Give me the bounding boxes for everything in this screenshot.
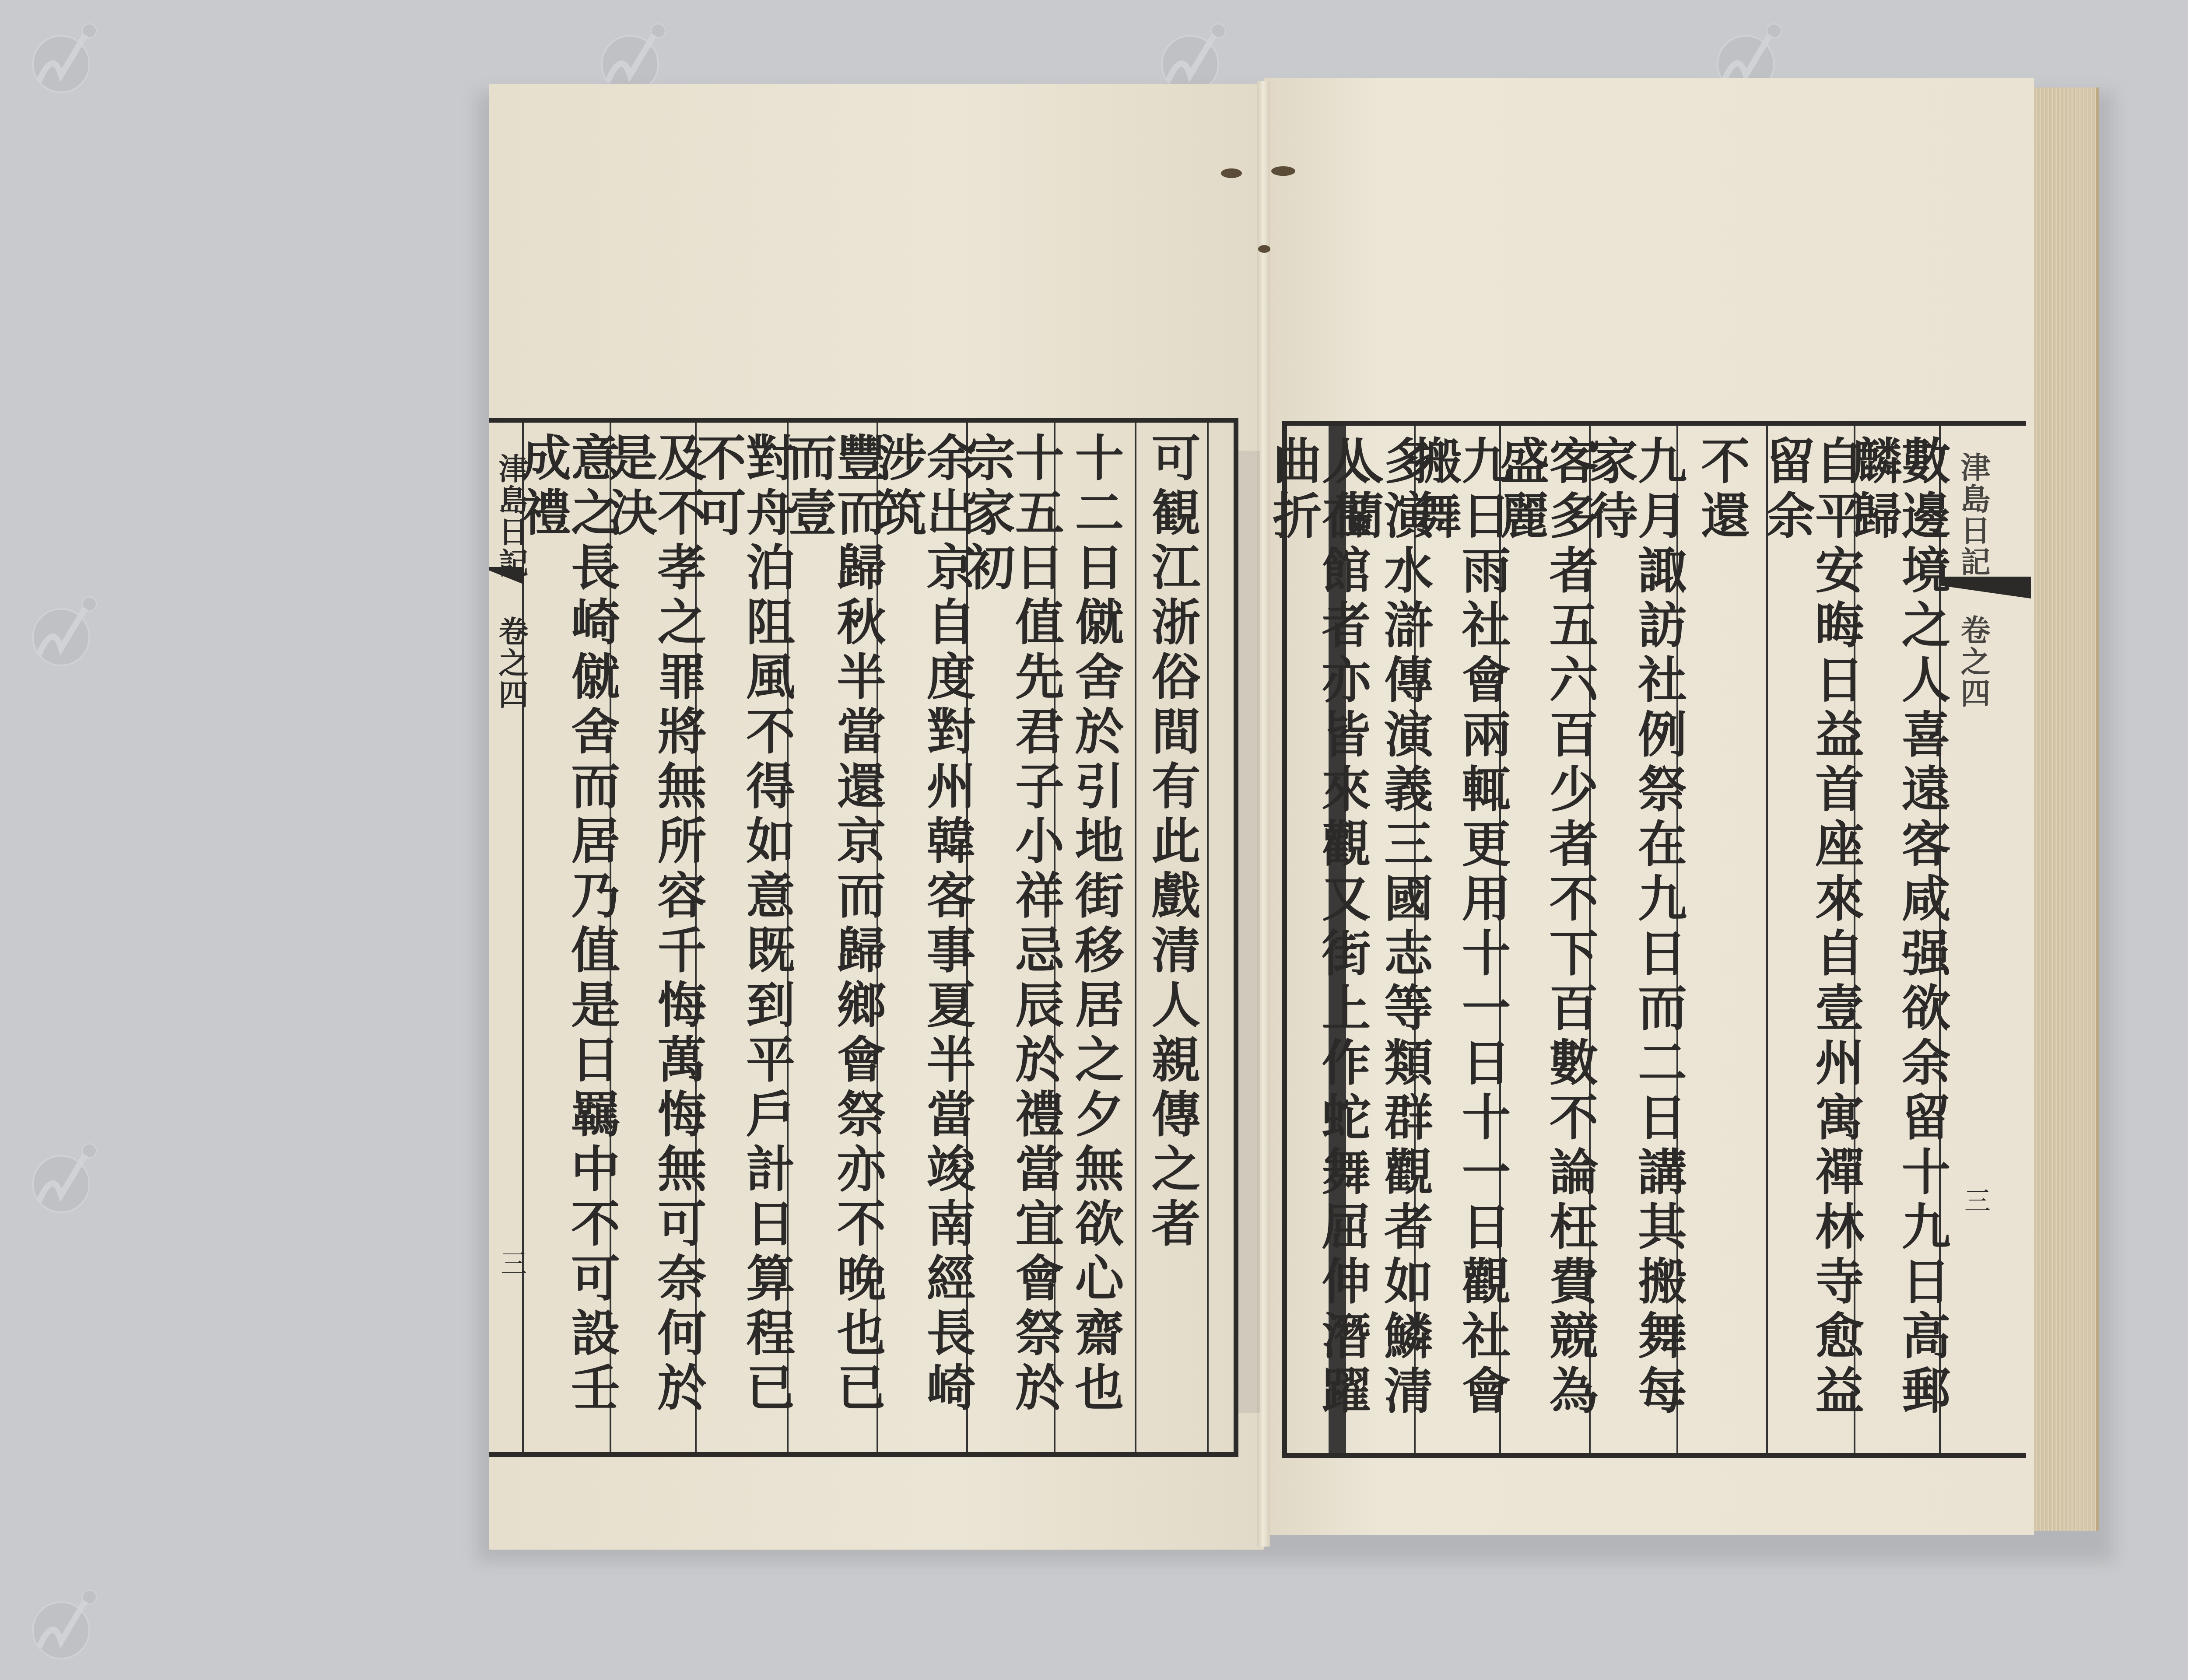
column-rule [1207,423,1209,1452]
text-column: 余出京自度對州韓客事夏半當竣南經長崎涉筑 [879,432,966,1442]
binding-hole [1221,168,1242,178]
text-column: 數邊境之人喜遠客咸强欲余留十九日高郵麟歸 [1856,435,1939,1443]
column-rule [1135,423,1136,1452]
text-column: 自平安晦日益首座來自壹州寓禪林寺愈益留余 [1768,435,1854,1443]
text-column: 意之長崎僦舍而居乃值是日羈中不可設壬成禮 [524,432,610,1442]
watermark-logo-icon [9,9,109,109]
text-column: 客多者五六百少者不下百數不論枉費競為盛麗 [1501,435,1589,1443]
binding-hole [1258,245,1270,253]
text-column: 及不孝之罪將無所容千悔萬悔無可奈何於是決 [612,432,695,1442]
watermark-logo-icon [9,582,109,682]
text-column: 十二日僦舍於引地街移居之夕無欲心齋也 [1056,432,1135,1442]
binding-hole [1271,166,1295,176]
text-column: 人在館者亦皆來觀又街上作蛇舞屈伸潛躍曲折 [1285,435,1350,1443]
text-column: 可観江浙俗間有此戲清人親傳之者 [1137,432,1207,1442]
edge-title: 津島日記 卷之四 [1952,452,1995,709]
text-column: 十五日值先君子小祥忌辰於禮當宜會祭於宗家初 [968,432,1054,1442]
right-text-frame: 津島日記 卷之四 三 數邊境之人喜遠客咸强欲余留十九日高郵麟歸 自平安晦日益首座… [1282,421,2026,1458]
text-column: 豐而歸秋半當還京而歸鄉會祭亦不晚也已而壹 [789,432,877,1442]
text-column: 不還 [1679,435,1764,1443]
text-column: 九月諏訪社例祭在九日而二日講其搬舞每家待 [1591,435,1676,1443]
watermark-logo-icon [9,1129,109,1229]
text-column: 對舟泊阻風不得如意既到平戶計日算程已不可 [697,432,787,1442]
page-number: 三 [1957,1187,1994,1213]
left-text-frame: 津島日記 卷之四 三 可観江浙俗間有此戲清人親傳之者 十二日僦舍於引地街移居之夕… [489,418,1238,1457]
page-edge-stack [2026,87,2099,1531]
watermark-logo-icon [9,1575,109,1676]
